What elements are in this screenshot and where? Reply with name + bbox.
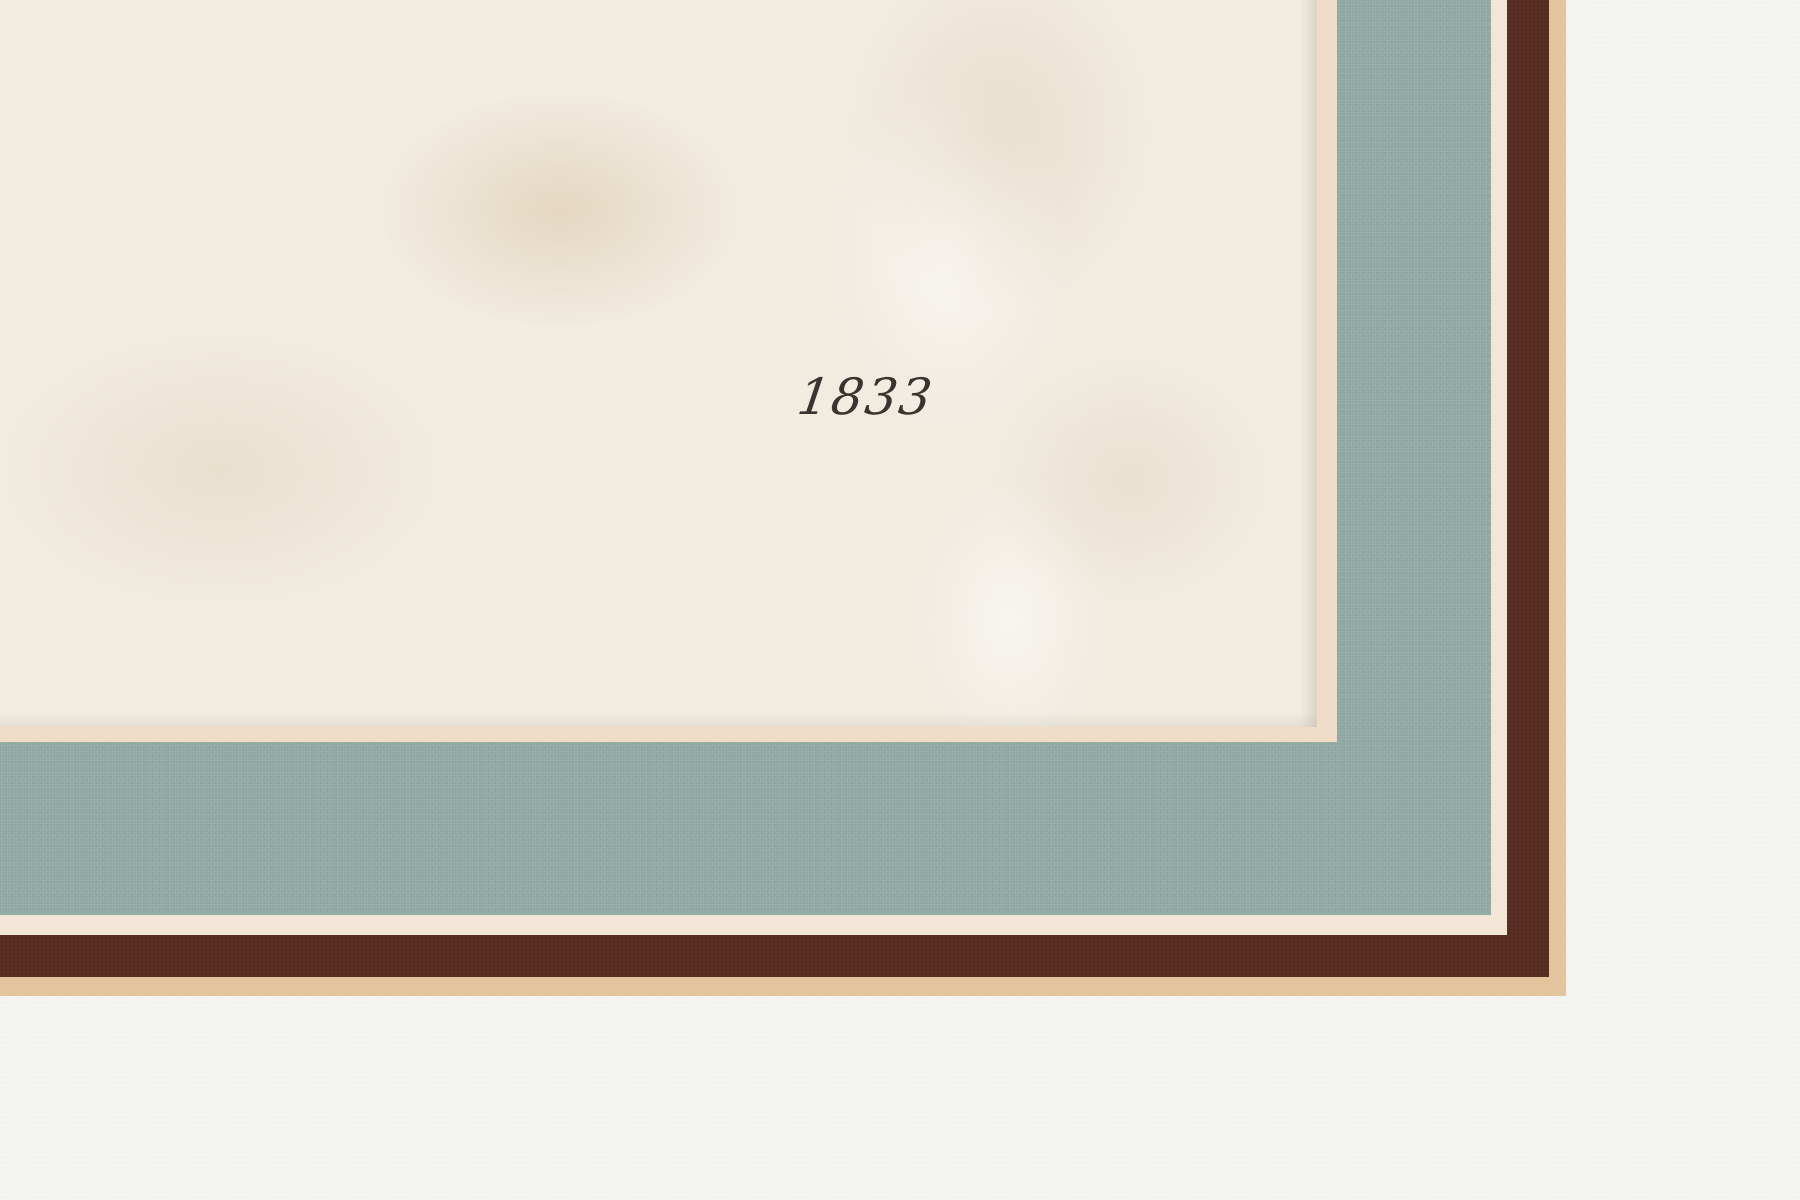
artwork-paper: 1833: [0, 0, 1317, 727]
paper-edge-shadow: [1300, 0, 1317, 727]
paper-bottom-shadow: [0, 712, 1317, 727]
year-inscription: 1833: [794, 368, 937, 426]
